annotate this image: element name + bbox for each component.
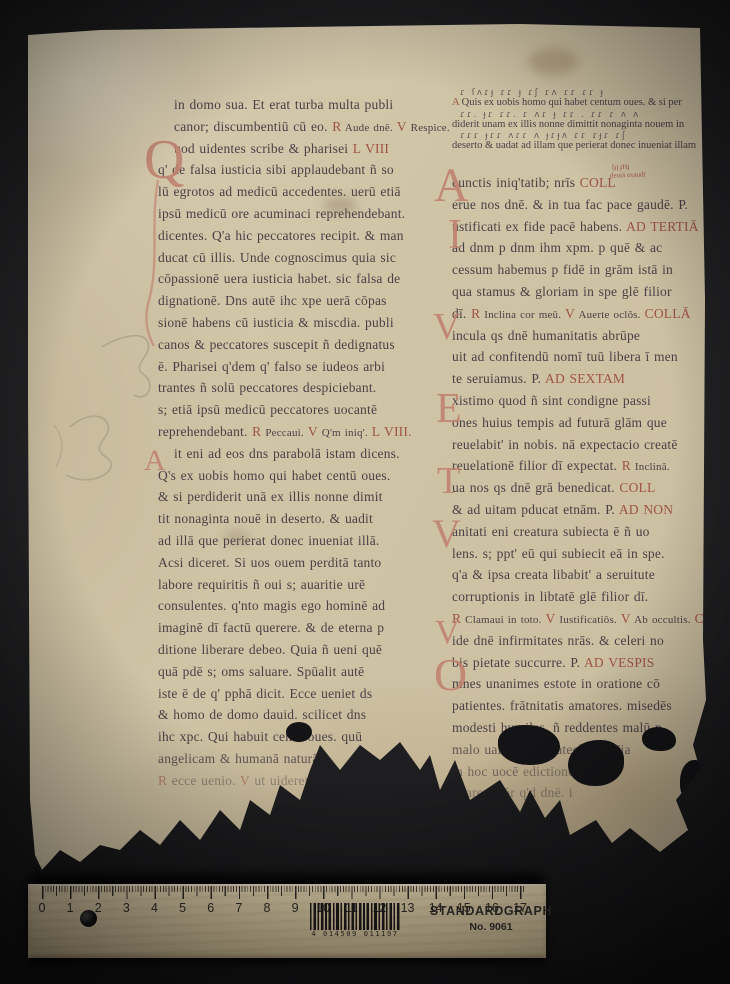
manuscript-text: qua stamus & gloriam in spe glē filior bbox=[452, 284, 672, 299]
manuscript-text: ditione liberare debeo. Quia ñ ueni quē bbox=[158, 642, 382, 657]
manuscript-text: Aude dnē. bbox=[341, 122, 396, 134]
manuscript-text: ua nos qs dnē grā benedicat. bbox=[452, 480, 619, 495]
illuminated-initial: V bbox=[433, 308, 460, 346]
manuscript-line: xistimo quod ñ sint condigne passi bbox=[452, 390, 712, 412]
manuscript-line: reuelationē filior dī expectat. R Inclin… bbox=[452, 455, 712, 477]
manuscript-text: q' de falsa iusticia sibi applaudebant ñ… bbox=[158, 162, 394, 177]
manuscript-line: quā pdē s; oms saluare. Spūalit autē bbox=[158, 661, 446, 683]
manuscript-text: Auerte oclōs. bbox=[575, 309, 645, 321]
manuscript-text: & ad uitam pducat etnām. bbox=[452, 502, 605, 517]
manuscript-text: s; etiā ipsū medicū peccatores uocantē bbox=[158, 402, 377, 417]
manuscript-line: ducat cū illis. Unde cognoscimus quia si… bbox=[158, 247, 446, 269]
manuscript-text: lens. s; ppt' eū qui subiecit eā in spe. bbox=[452, 546, 665, 561]
manuscript-text: imaginē dī factū querere. & de eterna p bbox=[158, 620, 384, 635]
manuscript-line: q'a & ipsa creata libabit' a seruitute bbox=[452, 564, 712, 586]
manuscript-line: bis pietate succurre. P. AD VESPIS bbox=[452, 652, 712, 674]
illuminated-initial: Q bbox=[144, 132, 184, 188]
manuscript-line: q' de falsa iusticia sibi applaudebant ñ… bbox=[158, 159, 446, 181]
manuscript-line: dicentes. Q'a hic peccatores recipit. & … bbox=[158, 225, 446, 247]
manuscript-text: incula qs dnē humanitatis abrūpe bbox=[452, 328, 640, 343]
rubric-text: COLL bbox=[695, 611, 730, 626]
rubric-text: V bbox=[397, 119, 407, 134]
illuminated-initial: A bbox=[434, 162, 469, 210]
rubric-text: AD SEXTAM bbox=[545, 371, 625, 386]
manuscript-text: reuelabit' in nobis. nā expectacio creat… bbox=[452, 437, 678, 452]
photo-background: ɾ ſʌɾɟ ɾɾ ɟ ɾʃ ɾʌ ɾɾ ɾɾ ɟA Quis ex uobis… bbox=[0, 0, 730, 984]
ruler-number: 0 bbox=[39, 901, 46, 915]
manuscript-line: te seruiamus. P. AD SEXTAM bbox=[452, 368, 712, 390]
manuscript-line: duare. Mōr q'd dnē. i bbox=[452, 782, 712, 804]
ruler-number: 5 bbox=[179, 901, 186, 915]
parchment-hole bbox=[680, 760, 708, 802]
manuscript-text: Q'm iniq'. bbox=[318, 427, 372, 439]
rubric-text: L VIII bbox=[353, 141, 389, 156]
text-column-right: cunctis iniq'tatib; nrīs COLLerue nos dn… bbox=[452, 172, 712, 804]
manuscript-text: & si perdiderit unā ex illis nonne dimit bbox=[158, 489, 383, 504]
manuscript-text: Q's ex uobis homo qui habet centū oues. bbox=[158, 468, 390, 483]
manuscript-line: canor; discumbentiū cū eo. R Aude dnē. V… bbox=[158, 116, 446, 138]
manuscript-text: Inclinā. bbox=[631, 461, 670, 473]
ruler-number: 9 bbox=[292, 901, 299, 915]
manuscript-text: cunctis iniq'tatib; nrīs bbox=[452, 175, 580, 190]
manuscript-line: anitati eni creatura subiecta ē ñ uo bbox=[452, 521, 712, 543]
manuscript-line: & ad uitam pducat etnām. P. AD NON bbox=[452, 499, 712, 521]
manuscript-text: uit ad confitendū nomī tuū libera ī men bbox=[452, 349, 678, 364]
manuscript-text: erue nos dnē. & in tua fac pace gaudē. bbox=[452, 197, 678, 212]
ruler-number: 13 bbox=[401, 901, 415, 915]
neume-notation: ɾ ſʌɾɟ ɾɾ ɟ ɾʃ ɾʌ ɾɾ ɾɾ ɟ bbox=[460, 83, 605, 105]
manuscript-text: ide dnē infirmitates nrās. & celeri no bbox=[452, 633, 664, 648]
manuscript-line: ua nos qs dnē grā benedicat. COLL bbox=[452, 477, 712, 499]
manuscript-line: ditione liberare debeo. Quia ñ ueni quē bbox=[158, 639, 446, 661]
rubric-text: R bbox=[622, 458, 631, 473]
manuscript-line: in domo sua. Et erat turba multa publi bbox=[158, 94, 446, 116]
manuscript-line: labore requiritis ñ oui s; auaritie urē bbox=[158, 574, 446, 596]
manuscript-text: ones huius tempis ad futurā glām que bbox=[452, 415, 667, 430]
manuscript-text: it eni ad eos dns parabolā istam dicens. bbox=[174, 446, 400, 461]
manuscript-text: lū egrotos ad medicū accedentes. uerū et… bbox=[158, 184, 401, 199]
manuscript-text: cessum habemus p fidē in grām istā in bbox=[452, 262, 673, 277]
manuscript-text: ē. Pharisei q'dem q' falso se iudeos arb… bbox=[158, 359, 385, 374]
manuscript-line: ē. Pharisei q'dem q' falso se iudeos arb… bbox=[158, 356, 446, 378]
manuscript-text: Inclina cor meū. bbox=[480, 309, 565, 321]
manuscript-line: Acsi diceret. Si uos ouem perditā tanto bbox=[158, 552, 446, 574]
manuscript-text: bis pietate succurre. bbox=[452, 655, 570, 670]
illuminated-initial: V bbox=[432, 514, 461, 554]
manuscript-line: mnes unanimes estote in oratione cō bbox=[452, 673, 712, 695]
manuscript-text: Acsi diceret. Si uos ouem perditā tanto bbox=[158, 555, 381, 570]
stain bbox=[323, 197, 357, 213]
manuscript-line: ipsū medicū ore acuminaci reprehendebant… bbox=[158, 203, 446, 225]
manuscript-line: imaginē dī factū querere. & de eterna p bbox=[158, 617, 446, 639]
ruler-number: 6 bbox=[207, 901, 214, 915]
manuscript-text: tit nonaginta nouē in deserto. & uadit bbox=[158, 511, 373, 526]
manuscript-text: Clamaui in toto. bbox=[461, 614, 545, 626]
stain bbox=[528, 48, 578, 76]
manuscript-line: iste ē de q' pphā dicit. Ecce ueniet ds bbox=[158, 683, 446, 705]
ruler-number: 2 bbox=[95, 901, 102, 915]
manuscript-text: Ab occultis. bbox=[631, 614, 695, 626]
manuscript-line: incula qs dnē humanitatis abrūpe bbox=[452, 325, 712, 347]
manuscript-page: ɾ ſʌɾɟ ɾɾ ɟ ɾʃ ɾʌ ɾɾ ɾɾ ɟA Quis ex uobis… bbox=[28, 22, 710, 872]
manuscript-text: & homo de domo dauid. scilicet dns bbox=[158, 707, 366, 722]
stain bbox=[224, 530, 250, 544]
ruler-number: 7 bbox=[235, 901, 242, 915]
manuscript-line: uit ad confitendū nomī tuū libera ī men bbox=[452, 346, 712, 368]
manuscript-text: ustificati ex fide pacē habens. bbox=[452, 219, 626, 234]
ruler-number: 3 bbox=[123, 901, 130, 915]
ruler-hole bbox=[80, 910, 97, 927]
manuscript-line: sionē habens cū iusticia & miscdia. publ… bbox=[158, 312, 446, 334]
manuscript-line: ide dnē infirmitates nrās. & celeri no bbox=[452, 630, 712, 652]
barcode bbox=[310, 903, 400, 930]
chant-notation-block: ɾ ſʌɾɟ ɾɾ ɟ ɾʃ ɾʌ ɾɾ ɾɾ ɟA Quis ex uobis… bbox=[452, 92, 710, 157]
manuscript-text: ecce uenio. bbox=[167, 773, 240, 788]
manuscript-line: Q's ex uobis homo qui habet centū oues. bbox=[158, 465, 446, 487]
manuscript-text: angelicam & humanā naturā bbox=[158, 751, 319, 766]
manuscript-text: P. bbox=[605, 502, 619, 517]
manuscript-text: consulentes. q'nto magis ego hominē ad bbox=[158, 598, 385, 613]
ruler-brand-label: STANDARDGRAPH bbox=[416, 904, 566, 918]
manuscript-line: dignationē. Dns autē ihc xpe uerā cōpas bbox=[158, 290, 446, 312]
manuscript-text: cōpassionē uera iusticia habet. sic fals… bbox=[158, 271, 400, 286]
manuscript-text: in domo sua. Et erat turba multa publi bbox=[174, 97, 393, 112]
rubric-text: AD VESPIS bbox=[584, 655, 654, 670]
manuscript-line: tit nonaginta nouē in deserto. & uadit bbox=[158, 508, 446, 530]
manuscript-text: corruptionis in libtatē glē filior dī. bbox=[452, 589, 648, 604]
manuscript-text: P. bbox=[531, 371, 545, 386]
rubric-text: R bbox=[158, 773, 167, 788]
ruler-number: 8 bbox=[263, 901, 270, 915]
manuscript-text: labore requiritis ñ oui s; auaritie urē bbox=[158, 577, 365, 592]
manuscript-text: ducat cū illis. Unde cognoscimus quia si… bbox=[158, 250, 396, 265]
illuminated-initial: I bbox=[448, 214, 462, 256]
manuscript-line: erue nos dnē. & in tua fac pace gaudē. P… bbox=[452, 194, 712, 216]
manuscript-line: reuelabit' in nobis. nā expectacio creat… bbox=[452, 434, 712, 456]
rubric-text: AD TERTIĀ bbox=[626, 219, 699, 234]
rubric-text: AD NON bbox=[619, 502, 673, 517]
manuscript-line: ad dnm p dnm ihm xpm. p quē & ac bbox=[452, 237, 712, 259]
illuminated-initial: O bbox=[434, 652, 467, 698]
parchment-hole bbox=[498, 725, 560, 765]
illuminated-initial: T bbox=[437, 462, 460, 500]
rubric-text: L VIII. bbox=[372, 424, 412, 439]
manuscript-line: lens. s; ppt' eū qui subiecit eā in spe. bbox=[452, 543, 712, 565]
manuscript-line: canos & peccatores suscepit ñ dedignatus bbox=[158, 334, 446, 356]
manuscript-text: edictionē bbox=[518, 764, 574, 779]
manuscript-text: quā pdē s; oms saluare. Spūalit autē bbox=[158, 664, 364, 679]
manuscript-line: dī. R Inclina cor meū. V Auerte oclōs. C… bbox=[452, 303, 712, 325]
manuscript-line: angelicam & humanā naturā bbox=[158, 748, 446, 770]
chant-line: ɾɾɾ ɟɾɾ ʌɾɾ ʌ ɟɾɟʌ ɾɾ ɾɟɾ ɾʃdeserto & ua… bbox=[452, 135, 710, 157]
rubric-text: V bbox=[308, 424, 318, 439]
ruler-model-label: No. 9061 bbox=[416, 921, 566, 933]
manuscript-text: dicentes. Q'a hic peccatores recipit. & … bbox=[158, 228, 404, 243]
manuscript-text: reprehendebant. bbox=[158, 424, 252, 439]
illuminated-initial: E bbox=[436, 388, 462, 430]
barcode-digits: 4 014509 011197 bbox=[306, 930, 404, 938]
parchment-hole bbox=[568, 740, 624, 786]
manuscript-text: P. bbox=[678, 197, 688, 212]
illuminated-initial: V bbox=[435, 616, 460, 650]
text-column-left: in domo sua. Et erat turba multa publica… bbox=[158, 94, 446, 792]
rubric-text: COLLĀ bbox=[645, 306, 691, 321]
manuscript-line: trantes ñ solū peccatores despiciebant. bbox=[158, 377, 446, 399]
manuscript-text: ipsū medicū ore acuminaci reprehendebant… bbox=[158, 206, 405, 221]
ruler-cm-ticks bbox=[42, 886, 524, 899]
manuscript-text: sionē habens cū iusticia & miscdia. publ… bbox=[158, 315, 394, 330]
manuscript-text: dignationē. Dns autē ihc xpe uerā cōpas bbox=[158, 293, 387, 308]
manuscript-text: in hoc uocē bbox=[452, 764, 518, 779]
ruler: 01234567891011121314151617 4 014509 0111… bbox=[28, 884, 546, 958]
parchment-hole bbox=[642, 727, 676, 751]
manuscript-text: ad dnm p dnm ihm xpm. p quē & ac bbox=[452, 240, 662, 255]
manuscript-line: lū egrotos ad medicū accedentes. uerū et… bbox=[158, 181, 446, 203]
manuscript-line: cōpassionē uera iusticia habet. sic fals… bbox=[158, 268, 446, 290]
manuscript-text: iste ē de q' pphā dicit. Ecce ueniet ds bbox=[158, 686, 372, 701]
manuscript-line: it eni ad eos dns parabolā istam dicens. bbox=[158, 443, 446, 465]
manuscript-line: cunctis iniq'tatib; nrīs COLL bbox=[452, 172, 712, 194]
manuscript-text: Peccaui. bbox=[261, 427, 307, 439]
manuscript-text: ut uideret bbox=[250, 773, 309, 788]
manuscript-text: anitati eni creatura subiecta ē ñ uo bbox=[452, 524, 650, 539]
manuscript-text: mnes unanimes estote in oratione cō bbox=[452, 676, 660, 691]
rubric-text: V bbox=[621, 611, 631, 626]
manuscript-text: patientes. frātnitatis amatores. misedēs bbox=[452, 698, 672, 713]
rubric-text: V bbox=[546, 611, 556, 626]
rubric-text: COLL bbox=[619, 480, 655, 495]
rubric-text: R bbox=[471, 306, 480, 321]
manuscript-line: R Clamaui in toto. V Iustificatiōs. V Ab… bbox=[452, 608, 712, 630]
manuscript-line: s; etiā ipsū medicū peccatores uocantē bbox=[158, 399, 446, 421]
ruler-number: 4 bbox=[151, 901, 158, 915]
manuscript-text: te seruiamus. bbox=[452, 371, 531, 386]
manuscript-line: uod uidentes scribe & pharisei L VIII bbox=[158, 138, 446, 160]
neume-notation: ɾɾɾ ɟɾɾ ʌɾɾ ʌ ɟɾɟʌ ɾɾ ɾɟɾ ɾʃ bbox=[460, 126, 627, 148]
manuscript-text: canor; discumbentiū cū eo. bbox=[174, 119, 332, 134]
ruler-number: 1 bbox=[67, 901, 74, 915]
manuscript-text: canos & peccatores suscepit ñ dedignatus bbox=[158, 337, 395, 352]
manuscript-line: reprehendebant. R Peccaui. V Q'm iniq'. … bbox=[158, 421, 446, 443]
manuscript-line: cessum habemus p fidē in grām istā in bbox=[452, 259, 712, 281]
rubric-gloss: deuiā exaudī bbox=[610, 171, 646, 180]
manuscript-text: modesti humiles. ñ reddentes malū p bbox=[452, 720, 662, 735]
manuscript-text: Respice. bbox=[407, 122, 450, 134]
manuscript-text: Iustificatiōs. bbox=[555, 614, 620, 626]
manuscript-line: ones huius tempis ad futurā glām que bbox=[452, 412, 712, 434]
manuscript-line: & si perdiderit unā ex illis nonne dimit bbox=[158, 486, 446, 508]
manuscript-line: qua stamus & gloriam in spe glē filior bbox=[452, 281, 712, 303]
manuscript-line: R ecce uenio. V ut uideret bbox=[158, 770, 446, 792]
manuscript-text: P. bbox=[570, 655, 584, 670]
manuscript-text: q'a & ipsa creata libabit' a seruitute bbox=[452, 567, 655, 582]
rubric-text: R bbox=[252, 424, 261, 439]
manuscript-line: corruptionis in libtatē glē filior dī. bbox=[452, 586, 712, 608]
manuscript-line: patientes. frātnitatis amatores. misedēs bbox=[452, 695, 712, 717]
manuscript-text: duare. Mōr bbox=[452, 785, 515, 800]
manuscript-text: reuelationē filior dī expectat. bbox=[452, 458, 622, 473]
manuscript-line: consulentes. q'nto magis ego hominē ad bbox=[158, 595, 446, 617]
rubric-text: V bbox=[240, 773, 250, 788]
manuscript-text: trantes ñ solū peccatores despiciebant. bbox=[158, 380, 376, 395]
manuscript-line: ustificati ex fide pacē habens. AD TERTI… bbox=[452, 216, 712, 238]
manuscript-text: xistimo quod ñ sint condigne passi bbox=[452, 393, 651, 408]
manuscript-text: ad illā que perierat donec inueniat illā… bbox=[158, 533, 380, 548]
manuscript-line: ad illā que perierat donec inueniat illā… bbox=[158, 530, 446, 552]
manuscript-text: uod uidentes scribe & pharisei bbox=[174, 141, 353, 156]
manuscript-text: ihc xpc. Qui habuit centū oues. quū bbox=[158, 729, 362, 744]
illuminated-initial: A bbox=[144, 446, 166, 476]
manuscript-text: q'd dnē. i bbox=[515, 785, 573, 800]
parchment-hole bbox=[286, 722, 312, 742]
neume-notation: ɾɾ. ɟɾ ɾɾ. ɾ ʌɾ ɟ ɾɾ . ɾɾ ɾ ʌ ʌ bbox=[460, 105, 640, 127]
rubric-text: V bbox=[565, 306, 575, 321]
